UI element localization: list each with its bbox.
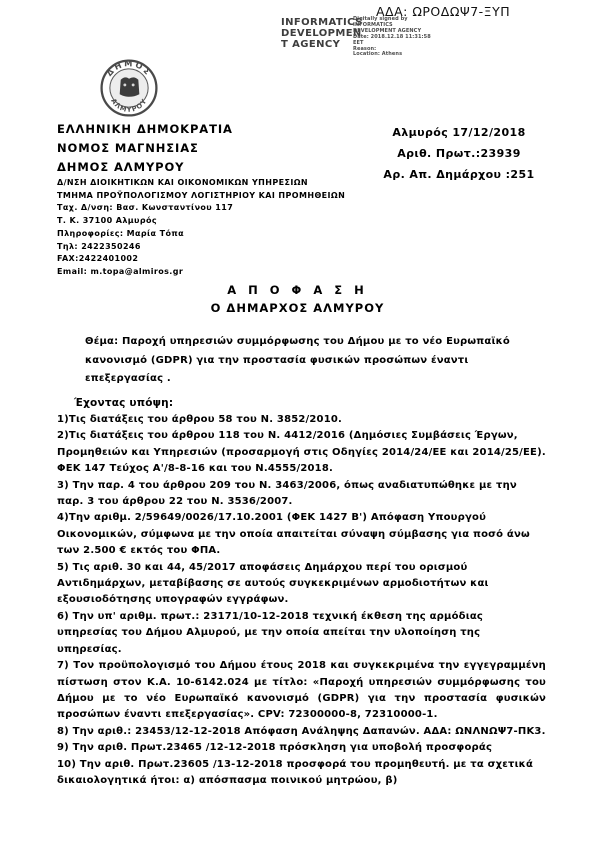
municipality-line: ΔΗΜΟΣ ΑΛΜΥΡΟΥ: [57, 158, 345, 177]
signature-agency-line: DEVELOPMEN: [281, 28, 351, 39]
consideration-item: 6) Την υπ' αριθμ. πρωτ.: 23171/10-12-201…: [57, 609, 546, 658]
republic-line: ΕΛΛΗΝΙΚΗ ΔΗΜΟΚΡΑΤΙΑ: [57, 120, 345, 139]
protocol-number: Αριθ. Πρωτ.:23939: [368, 143, 550, 164]
signature-agency-line: T AGENCY: [281, 39, 351, 50]
decision-title-main: Α Π Ο Φ Α Σ Η: [0, 281, 595, 299]
prefecture-line: ΝΟΜΟΣ ΜΑΓΝΗΣΙΑΣ: [57, 139, 345, 158]
consideration-item: 1)Τις διατάξεις του άρθρου 58 του Ν. 385…: [57, 412, 546, 428]
phone-line: Τηλ: 2422350246: [57, 241, 345, 254]
subject-paragraph: Θέμα: Παροχή υπηρεσιών συμμόρφωσης του Δ…: [85, 333, 543, 389]
signature-detail-line: Date: 2018.12.18 11:31:58: [353, 35, 443, 41]
consideration-item: 2)Τις διατάξεις του άρθρου 118 του Ν. 44…: [57, 428, 546, 477]
seal-emblem: [120, 77, 140, 96]
mayor-decision-number: Αρ. Απ. Δημάρχου :251: [368, 164, 550, 185]
consideration-item: 9) Την αριθ. Πρωτ.23465 /12-12-2018 πρόσ…: [57, 740, 546, 756]
signature-agency-line: INFORMATICS: [281, 17, 351, 28]
postal-address-line: Ταχ. Δ/νση: Βασ. Κωνσταντίνου 117: [57, 202, 345, 215]
signature-detail-line: Location: Athens: [353, 52, 443, 58]
contact-person-line: Πληροφορίες: Μαρία Τόπα: [57, 228, 345, 241]
consideration-item: 4)Την αριθμ. 2/59649/0026/17.10.2001 (ΦΕ…: [57, 510, 546, 559]
considerations-list: 1)Τις διατάξεις του άρθρου 58 του Ν. 385…: [57, 412, 546, 789]
place-date: Αλμυρός 17/12/2018: [368, 122, 550, 143]
seal-graphic: ΔΗΜΟΣ ΑΛΜΥΡΟΥ: [99, 58, 159, 118]
directorate-line: Δ/ΝΣΗ ΔΙΟΙΚΗΤΙΚΩΝ ΚΑΙ ΟΙΚΟΝΟΜΙΚΩΝ ΥΠΗΡΕΣ…: [57, 177, 345, 190]
consideration-item: 7) Τον προϋπολογισμό του Δήμου έτους 201…: [57, 658, 546, 724]
sender-header-block: ΕΛΛΗΝΙΚΗ ΔΗΜΟΚΡΑΤΙΑ ΝΟΜΟΣ ΜΑΓΝΗΣΙΑΣ ΔΗΜΟ…: [57, 120, 345, 279]
decision-title: Α Π Ο Φ Α Σ Η Ο ΔΗΜΑΡΧΟΣ ΑΛΜΥΡΟΥ: [0, 281, 595, 317]
protocol-header-block: Αλμυρός 17/12/2018 Αριθ. Πρωτ.:23939 Αρ.…: [368, 122, 550, 185]
email-line: Email: m.topa@almiros.gr: [57, 266, 345, 279]
decision-title-sub: Ο ΔΗΜΑΡΧΟΣ ΑΛΜΥΡΟΥ: [0, 299, 595, 317]
fax-line: FAX:2422401002: [57, 253, 345, 266]
signature-details: Digitally signed by INFORMATICS DEVELOPM…: [353, 17, 443, 58]
document-page: ΑΔΑ: ΩΡΟΔΩΨ7-ΞΥΠ INFORMATICS DEVELOPMEN …: [0, 0, 595, 842]
municipality-seal-icon: ΔΗΜΟΣ ΑΛΜΥΡΟΥ: [99, 58, 159, 122]
consideration-item: 8) Την αριθ.: 23453/12-12-2018 Απόφαση Α…: [57, 724, 546, 740]
department-line: ΤΜΗΜΑ ΠΡΟΫΠΟΛΟΓΙΣΜΟΥ ΛΟΓΙΣΤΗΡΙΟΥ ΚΑΙ ΠΡΟ…: [57, 190, 345, 203]
postal-code-line: Τ. Κ. 37100 Αλμυρός: [57, 215, 345, 228]
consideration-item: 5) Τις αριθ. 30 και 44, 45/2017 αποφάσει…: [57, 560, 546, 609]
signature-agency-name: INFORMATICS DEVELOPMEN T AGENCY: [281, 17, 351, 58]
preamble-line: Έχοντας υπόψη:: [74, 397, 173, 409]
digital-signature-stamp: INFORMATICS DEVELOPMEN T AGENCY Digitall…: [281, 17, 443, 58]
consideration-item: 10) Την αριθ. Πρωτ.23605 /13-12-2018 προ…: [57, 757, 546, 790]
consideration-item: 3) Την παρ. 4 του άρθρου 209 του Ν. 3463…: [57, 478, 546, 511]
